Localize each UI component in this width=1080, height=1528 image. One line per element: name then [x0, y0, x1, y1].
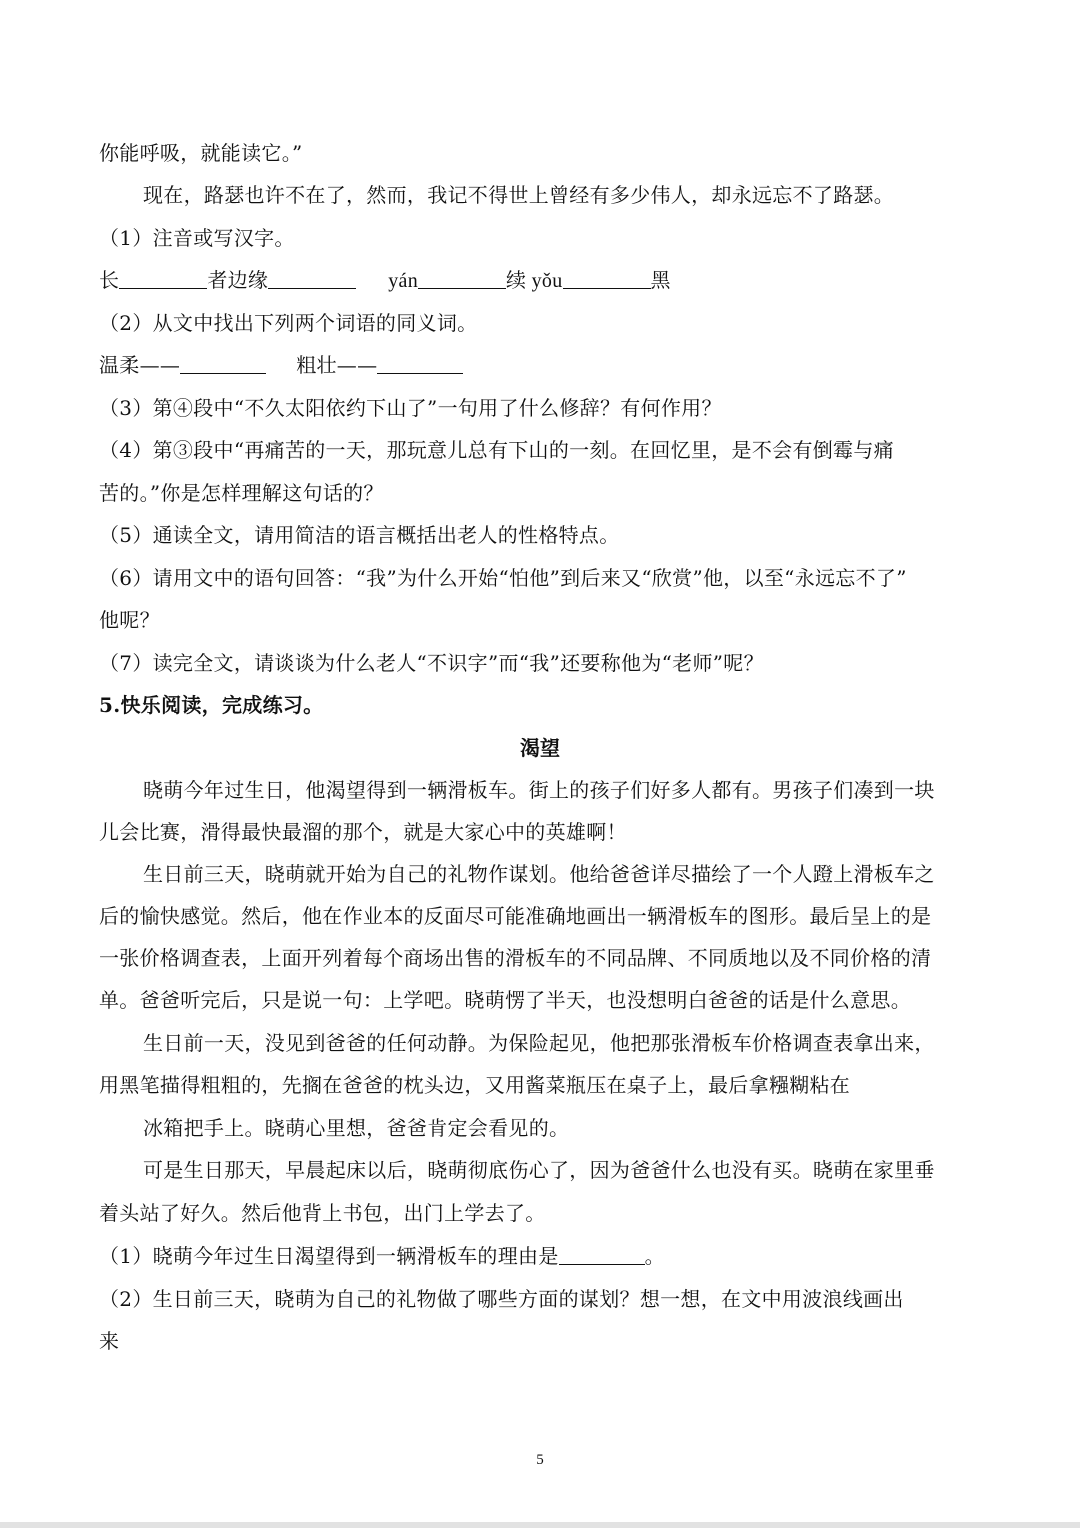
- paragraph-line: 着头站了好久。然后他背上书包，出门上学去了。: [99, 1201, 546, 1225]
- paragraph-line: 儿会比赛，滑得最快最溜的那个，就是大家心中的英雄啊！: [99, 820, 627, 844]
- pinyin-text: 续 yǒu: [506, 270, 563, 292]
- paragraph-line: 冰箱把手上。晓萌心里想，爸爸肯定会看见的。: [143, 1116, 569, 1140]
- sub-question-1: （1）晓萌今年过生日渴望得到一辆滑板车的理由是。: [99, 1244, 665, 1268]
- blank-prefix: 长: [99, 268, 119, 292]
- question-6-cont: 他呢？: [99, 608, 160, 632]
- sub-question-2: （2）生日前三天，晓萌为自己的礼物做了哪些方面的谋划？想一想，在文中用波浪线画出: [99, 1287, 904, 1311]
- question-1-blanks: 长者边缘yán续 yǒu黑: [99, 268, 671, 293]
- text-line: 现在，路瑟也许不在了，然而，我记不得世上曾经有多少伟人，却永远忘不了路瑟。: [143, 183, 894, 207]
- question-3: （3）第④段中“不久太阳依约下山了”一句用了什么修辞？有何作用？: [99, 396, 722, 420]
- question-1: （1）注音或写汉字。: [99, 226, 295, 250]
- paragraph-line: 用黑笔描得粗粗的，先搁在爸爸的枕头边，又用酱菜瓶压在桌子上，最后拿糨糊粘在: [99, 1073, 850, 1097]
- question-7: （7）读完全文，请谈谈为什么老人“不识字”而“我”还要称他为“老师”呢？: [99, 651, 764, 675]
- text-line: 你能呼吸，就能读它。”: [99, 141, 303, 165]
- question-6: （6）请用文中的语句回答：“我”为什么开始“怕他”到后来又“欣赏”他，以至“永远…: [99, 566, 907, 590]
- question-2-blanks: 温柔——粗壮——: [99, 353, 463, 377]
- question-end: 。: [645, 1244, 665, 1268]
- answer-blank[interactable]: [268, 268, 356, 289]
- answer-blank[interactable]: [119, 268, 207, 289]
- synonym-prompt: 温柔——: [99, 353, 180, 377]
- paragraph-line: 单。爸爸听完后，只是说一句：上学吧。晓萌愣了半天，也没想明白爸爸的话是什么意思。: [99, 988, 911, 1012]
- question-4: （4）第③段中“再痛苦的一天，那玩意儿总有下山的一刻。在回忆里，是不会有倒霉与痛: [99, 438, 894, 462]
- answer-blank[interactable]: [563, 268, 651, 289]
- paragraph-line: 可是生日那天，早晨起床以后，晓萌彻底伤心了，因为爸爸什么也没有买。晓萌在家里垂: [143, 1158, 935, 1182]
- paragraph-line: 生日前一天，没见到爸爸的任何动静。为保险起见，他把那张滑板车价格调查表拿出来，: [143, 1031, 935, 1055]
- question-text: （1）晓萌今年过生日渴望得到一辆滑板车的理由是: [99, 1244, 559, 1268]
- answer-blank[interactable]: [559, 1244, 645, 1265]
- paragraph-line: 一张价格调查表，上面开列着每个商场出售的滑板车的不同品牌、不同质地以及不同价格的…: [99, 946, 931, 970]
- blank-prefix: 者边缘: [207, 268, 268, 292]
- synonym-prompt: 粗壮——: [296, 353, 377, 377]
- paragraph-line: 晓萌今年过生日，他渴望得到一辆滑板车。街上的孩子们好多人都有。男孩子们凑到一块: [143, 778, 935, 802]
- page-number: 5: [0, 1452, 1080, 1469]
- sub-question-2-cont: 来: [99, 1329, 119, 1353]
- answer-blank[interactable]: [418, 268, 506, 289]
- section-5-heading: 5.快乐阅读，完成练习。: [99, 693, 323, 717]
- paragraph-line: 后的愉快感觉。然后，他在作业本的反面尽可能准确地画出一辆滑板车的图形。最后呈上的…: [99, 904, 931, 928]
- page-bottom-edge: [0, 1522, 1080, 1528]
- passage-title: 渴望: [0, 736, 1080, 760]
- pinyin-text: yán: [388, 270, 418, 292]
- answer-blank[interactable]: [377, 353, 463, 374]
- question-5: （5）通读全文，请用简洁的语言概括出老人的性格特点。: [99, 523, 620, 547]
- question-2: （2）从文中找出下列两个词语的同义词。: [99, 311, 477, 335]
- paragraph-line: 生日前三天，晓萌就开始为自己的礼物作谋划。他给爸爸详尽描绘了一个人蹬上滑板车之: [143, 862, 935, 886]
- document-page: 你能呼吸，就能读它。” 现在，路瑟也许不在了，然而，我记不得世上曾经有多少伟人，…: [0, 0, 1080, 1522]
- question-4-cont: 苦的。”你是怎样理解这句话的？: [99, 481, 384, 505]
- answer-blank[interactable]: [180, 353, 266, 374]
- blank-suffix: 黑: [651, 268, 671, 292]
